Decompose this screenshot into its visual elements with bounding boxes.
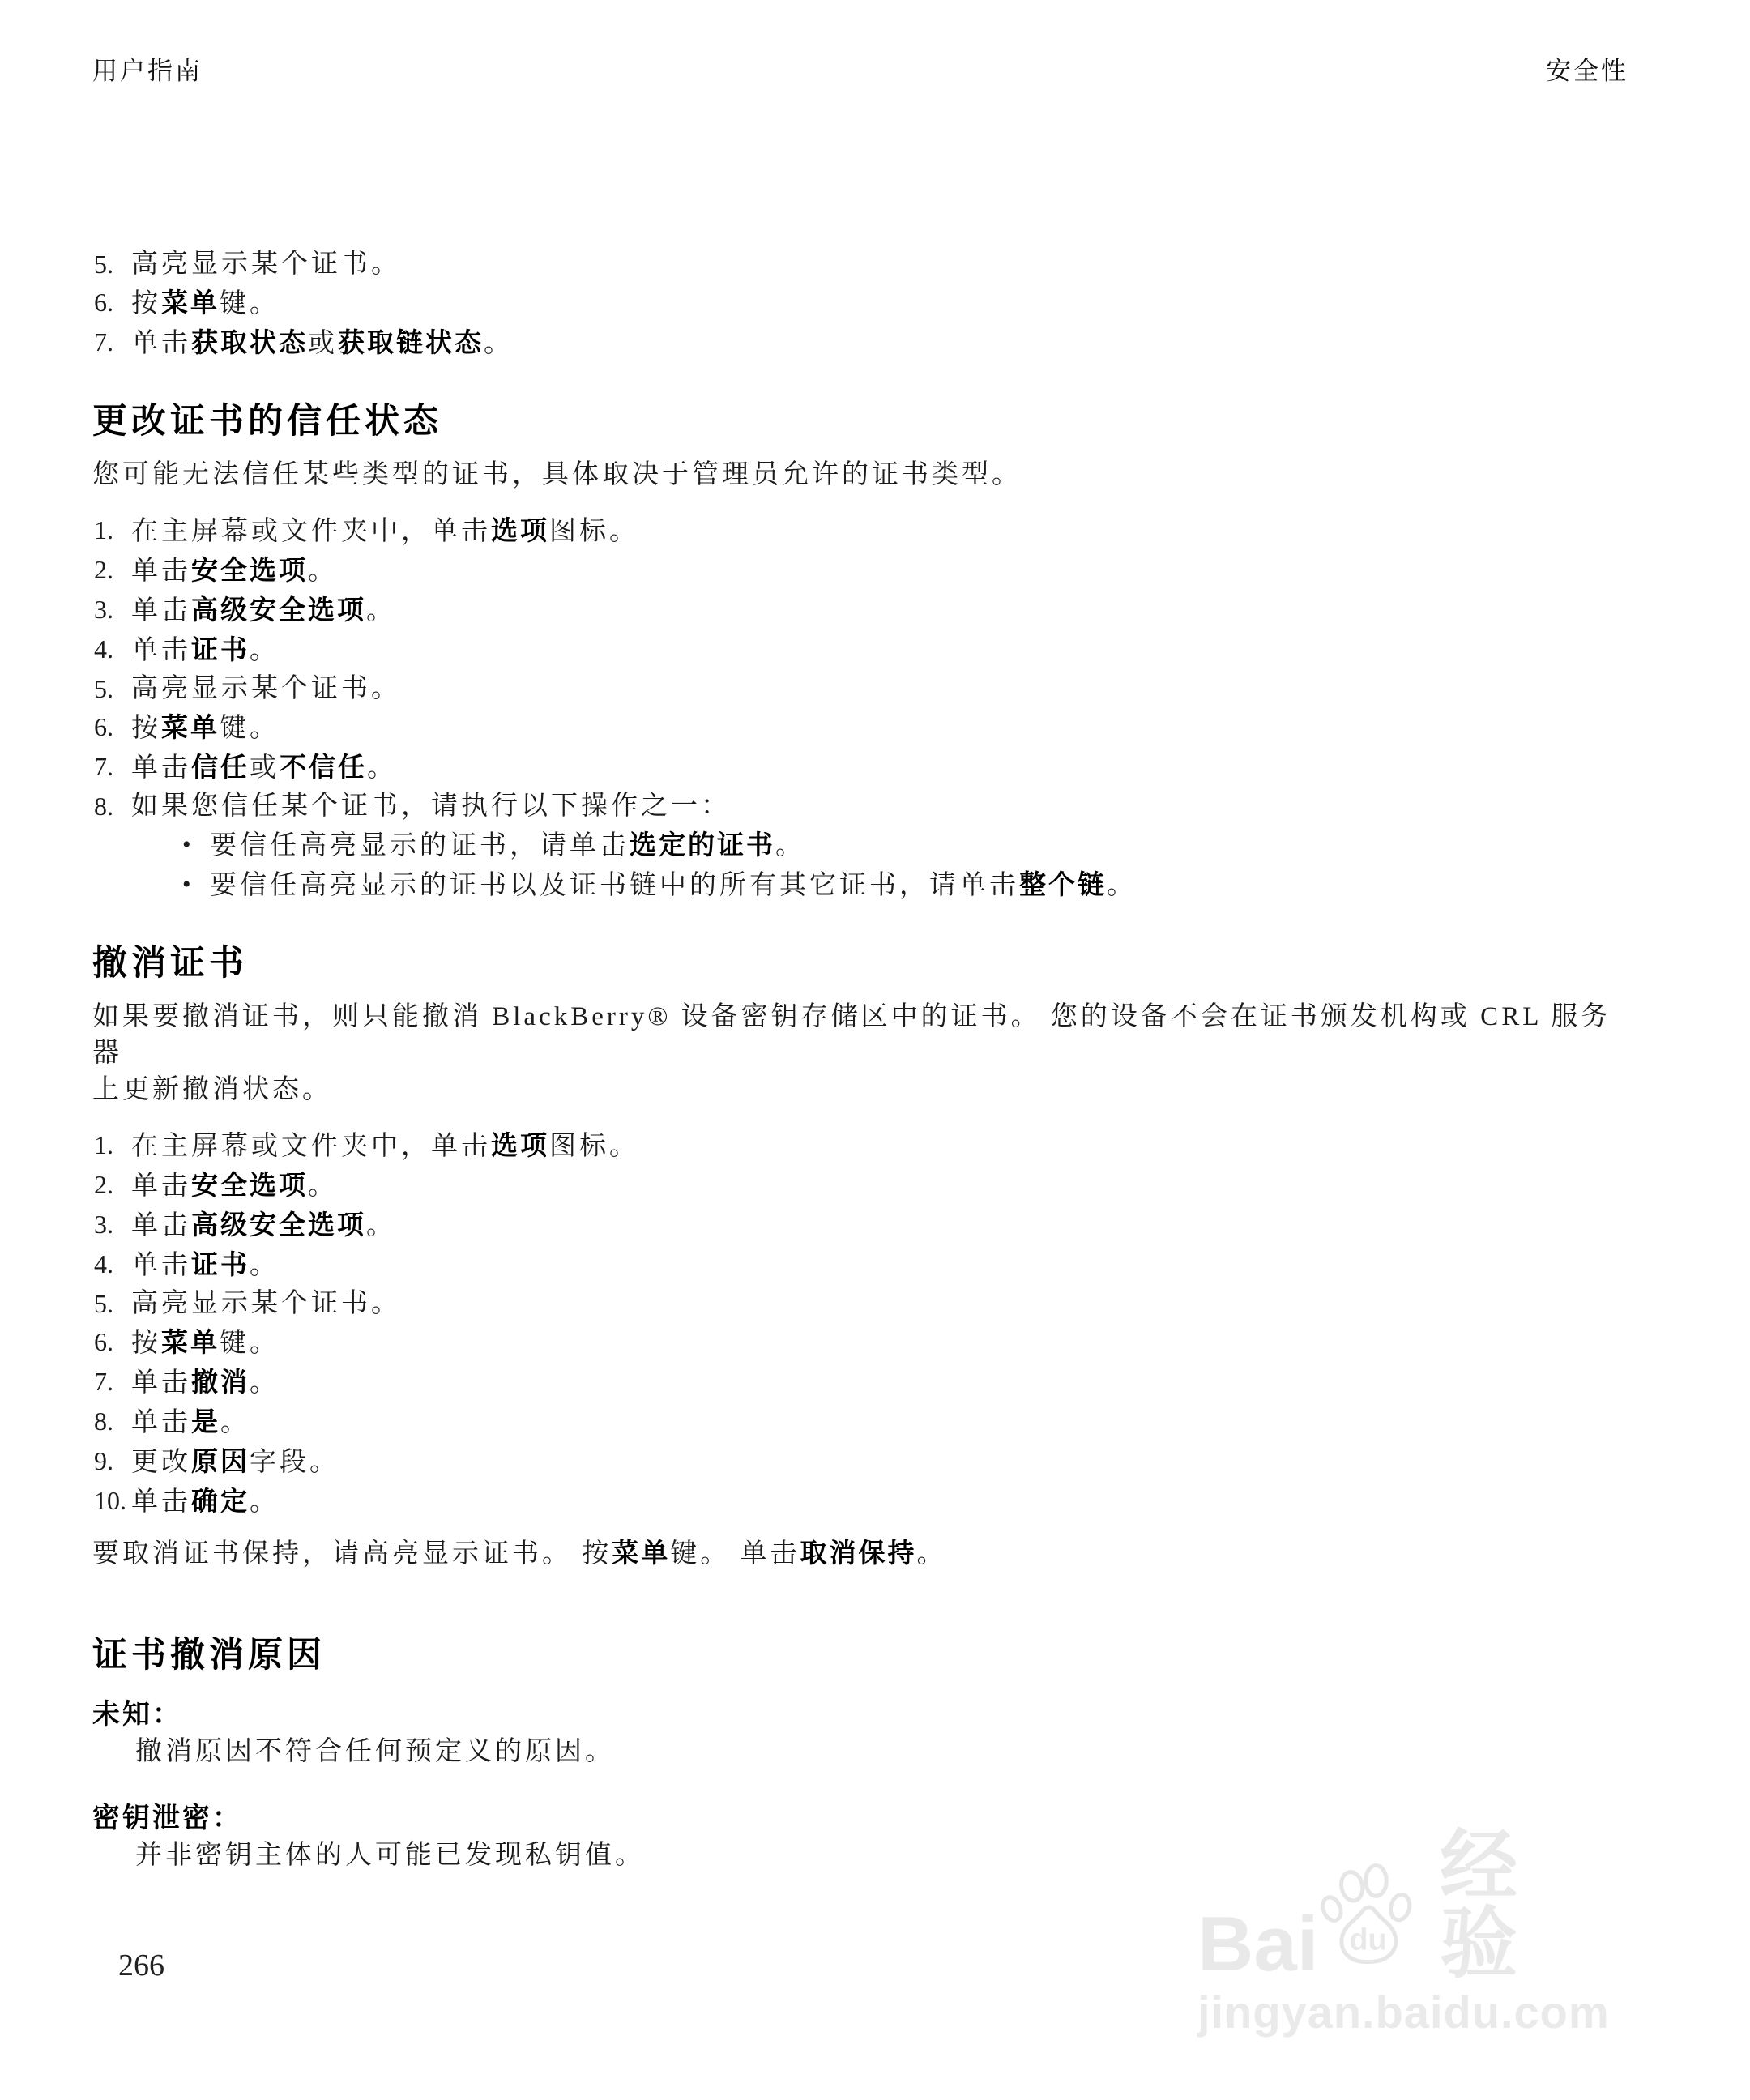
text-run: 。 <box>308 1172 338 1201</box>
list-number: 7. <box>94 323 131 361</box>
list-item-text: 高亮显示某个证书。 <box>131 1285 401 1323</box>
text-run: 单击 <box>131 636 191 665</box>
bold-text: 获取状态 <box>191 327 308 357</box>
list-item-text: 按菜单键。 <box>131 1323 280 1363</box>
text-run: 。 <box>220 1408 250 1437</box>
list-item-text: 按菜单键。 <box>131 708 280 748</box>
baidu-paw-icon: du <box>1320 1847 1416 1987</box>
list-number: 2. <box>94 551 131 589</box>
text-run: 或 <box>250 753 280 783</box>
text-run: 键。 <box>220 1329 280 1358</box>
text-run: 。 <box>1107 871 1137 900</box>
text-run: 单击 <box>131 753 191 783</box>
list-item-text: 单击安全选项。 <box>131 551 338 591</box>
document-body: 5.高亮显示某个证书。6.按菜单键。7.单击获取状态或获取链状态。更改证书的信任… <box>92 245 1628 1874</box>
text-run: 您可能无法信任某些类型的证书，具体取决于管理员允许的证书类型。 <box>92 460 1022 489</box>
list-subitem-text: 要信任高亮显示的证书以及证书链中的所有其它证书，请单击整个链。 <box>210 865 1137 905</box>
text-run: 。 <box>367 753 397 783</box>
list-item: 7.单击撤消。 <box>94 1363 1628 1402</box>
text-run: 按 <box>131 714 161 743</box>
text-run: 在主屏幕或文件夹中，单击 <box>131 517 491 546</box>
bold-text: 菜单 <box>161 1327 220 1357</box>
list-item-text: 按菜单键。 <box>131 284 280 323</box>
list-number: 8. <box>94 1402 131 1441</box>
bold-text: 选项 <box>491 1130 549 1160</box>
list-item-text: 高亮显示某个证书。 <box>131 670 401 708</box>
bold-text: 菜单 <box>612 1538 670 1568</box>
text-run: 。 <box>366 596 396 625</box>
header-left-title: 用户指南 <box>92 50 203 87</box>
bold-text: 信任 <box>191 752 250 782</box>
text-run: 在主屏幕或文件夹中，单击 <box>131 1132 491 1161</box>
list-number: 7. <box>94 1363 131 1401</box>
list-number: 6. <box>94 1323 131 1361</box>
list-number: 6. <box>94 708 131 746</box>
list-number: 3. <box>94 1206 131 1244</box>
list-item-text: 单击是。 <box>131 1402 250 1442</box>
watermark-brand-du: du <box>1350 1923 1387 1957</box>
bold-text: 菜单 <box>161 712 220 742</box>
list-item: 1.在主屏幕或文件夹中，单击选项图标。 <box>94 511 1628 551</box>
list-number: 5. <box>94 245 131 284</box>
list-item: 10.单击确定。 <box>94 1482 1628 1522</box>
watermark-url: jingyan.baidu.com <box>1197 1987 1538 2038</box>
text-run: 。 <box>250 1487 280 1517</box>
text-run: 单击 <box>131 1487 191 1517</box>
list-item-text: 如果您信任某个证书，请执行以下操作之一： <box>131 787 731 826</box>
text-run: 字段。 <box>250 1448 339 1477</box>
bold-text: 高级安全选项 <box>191 595 366 625</box>
text-run: 单击 <box>131 1408 191 1437</box>
list-item: 5.高亮显示某个证书。 <box>94 245 1628 284</box>
text-run: 单击 <box>131 329 191 358</box>
section-heading: 更改证书的信任状态 <box>92 399 1628 444</box>
list-number: 1. <box>94 511 131 549</box>
text-run: 要信任高亮显示的证书，请单击 <box>210 831 630 860</box>
list-subitem: •要信任高亮显示的证书，请单击选定的证书。 <box>94 826 1628 865</box>
list-number: 1. <box>94 1126 131 1164</box>
text-run: 或 <box>308 329 338 358</box>
text-run: 。 <box>308 557 338 586</box>
text-run: 单击 <box>131 1211 191 1240</box>
text-run: 。 <box>250 1251 280 1280</box>
ordered-list: 5.高亮显示某个证书。6.按菜单键。7.单击获取状态或获取链状态。 <box>94 245 1628 363</box>
text-run: 上更新撤消状态。 <box>92 1075 332 1104</box>
ordered-list: 1.在主屏幕或文件夹中，单击选项图标。2.单击安全选项。3.单击高级安全选项。4… <box>94 1126 1628 1522</box>
bullet-icon: • <box>182 826 210 864</box>
ordered-list: 1.在主屏幕或文件夹中，单击选项图标。2.单击安全选项。3.单击高级安全选项。4… <box>94 511 1628 905</box>
bold-text: 取消保持 <box>800 1538 917 1568</box>
watermark-logo-row: Bai du 经验 <box>1197 1828 1538 1983</box>
list-number: 9. <box>94 1442 131 1480</box>
list-item: 6.按菜单键。 <box>94 1323 1628 1363</box>
list-number: 3. <box>94 591 131 629</box>
text-run: 。 <box>484 329 514 358</box>
text-run: 单击 <box>131 1368 191 1398</box>
bold-text: 整个链 <box>1019 869 1107 899</box>
bold-text: 原因 <box>191 1446 250 1476</box>
list-number: 5. <box>94 1285 131 1323</box>
list-number: 7. <box>94 748 131 786</box>
text-run: 要取消证书保持，请高亮显示证书。 按 <box>92 1539 612 1569</box>
text-run: 高亮显示某个证书。 <box>131 250 401 279</box>
bold-text: 不信任 <box>280 752 367 782</box>
list-number: 6. <box>94 284 131 322</box>
list-item: 7.单击信任或不信任。 <box>94 748 1628 787</box>
text-run: 要信任高亮显示的证书以及证书链中的所有其它证书，请单击 <box>210 871 1019 900</box>
list-item: 3.单击高级安全选项。 <box>94 591 1628 630</box>
text-run: 键。 <box>220 289 280 318</box>
bold-text: 是 <box>191 1406 220 1436</box>
list-item: 3.单击高级安全选项。 <box>94 1206 1628 1245</box>
list-number: 5. <box>94 670 131 708</box>
list-number: 8. <box>94 787 131 826</box>
page-header: 用户指南 安全性 <box>92 0 1628 87</box>
text-run: 。 <box>366 1211 396 1240</box>
bold-text: 确定 <box>191 1486 250 1516</box>
list-item-text: 单击撤消。 <box>131 1363 280 1402</box>
definition-term: 未知： <box>92 1696 1628 1733</box>
text-run: 图标。 <box>549 517 639 546</box>
list-item: 2.单击安全选项。 <box>94 551 1628 591</box>
bold-text: 获取链状态 <box>338 327 484 357</box>
list-item-text: 在主屏幕或文件夹中，单击选项图标。 <box>131 1126 639 1166</box>
header-right-title: 安全性 <box>1546 50 1628 87</box>
text-run: 键。 <box>220 714 280 743</box>
list-number: 10. <box>94 1482 131 1520</box>
list-item: 7.单击获取状态或获取链状态。 <box>94 323 1628 363</box>
list-item-text: 高亮显示某个证书。 <box>131 245 401 284</box>
list-item: 8.单击是。 <box>94 1402 1628 1442</box>
list-item-text: 更改原因字段。 <box>131 1442 339 1482</box>
text-run: 单击 <box>131 1251 191 1280</box>
text-run: 单击 <box>131 596 191 625</box>
text-run: 。 <box>917 1539 947 1569</box>
list-subitem-text: 要信任高亮显示的证书，请单击选定的证书。 <box>210 826 805 865</box>
text-run: 如果您信任某个证书，请执行以下操作之一： <box>131 792 731 821</box>
list-item-text: 单击证书。 <box>131 630 280 670</box>
baidu-jingyan-watermark: Bai du 经验 jingyan.baidu.com <box>1197 1828 1538 2038</box>
list-item: 4.单击证书。 <box>94 630 1628 670</box>
list-item: 5.高亮显示某个证书。 <box>94 670 1628 708</box>
list-item-text: 在主屏幕或文件夹中，单击选项图标。 <box>131 511 639 551</box>
bullet-icon: • <box>182 865 210 903</box>
bold-text: 选项 <box>491 515 549 545</box>
section-heading: 证书撤消原因 <box>92 1633 1628 1678</box>
bold-text: 证书 <box>191 634 250 664</box>
text-run: 单击 <box>131 557 191 586</box>
watermark-brand-bai: Bai <box>1197 1906 1318 1983</box>
list-item-text: 单击安全选项。 <box>131 1166 338 1206</box>
text-run: 键。 单击 <box>670 1539 800 1569</box>
watermark-brand-jingyan: 经验 <box>1423 1828 1538 1983</box>
text-run: 高亮显示某个证书。 <box>131 1289 401 1318</box>
paragraph: 如果要撤消证书，则只能撤消 BlackBerry® 设备密钥存储区中的证书。 您… <box>92 999 1628 1108</box>
text-run: 。 <box>775 831 805 860</box>
text-run: 更改 <box>131 1448 191 1477</box>
text-run: 按 <box>131 289 161 318</box>
paragraph: 要取消证书保持，请高亮显示证书。 按菜单键。 单击取消保持。 <box>92 1534 1628 1573</box>
list-item-text: 单击获取状态或获取链状态。 <box>131 323 514 363</box>
text-run: 单击 <box>131 1172 191 1201</box>
bold-text: 菜单 <box>161 288 220 318</box>
list-item-text: 单击确定。 <box>131 1482 280 1522</box>
text-run: 。 <box>250 1368 280 1398</box>
paragraph: 您可能无法信任某些类型的证书，具体取决于管理员允许的证书类型。 <box>92 457 1628 493</box>
document-page: 用户指南 安全性 5.高亮显示某个证书。6.按菜单键。7.单击获取状态或获取链状… <box>0 0 1750 1874</box>
list-item: 6.按菜单键。 <box>94 708 1628 748</box>
list-item-text: 单击高级安全选项。 <box>131 1206 396 1245</box>
definition-description: 撤消原因不符合任何预定义的原因。 <box>92 1733 1628 1770</box>
text-run: 。 <box>250 636 280 665</box>
list-item: 4.单击证书。 <box>94 1245 1628 1285</box>
bold-text: 安全选项 <box>191 1170 308 1200</box>
list-item: 5.高亮显示某个证书。 <box>94 1285 1628 1323</box>
list-number: 4. <box>94 630 131 668</box>
list-item: 1.在主屏幕或文件夹中，单击选项图标。 <box>94 1126 1628 1166</box>
text-run: 按 <box>131 1329 161 1358</box>
bold-text: 高级安全选项 <box>191 1210 366 1240</box>
list-number: 4. <box>94 1245 131 1283</box>
page-number: 266 <box>118 1948 164 1983</box>
text-run: 如果要撤消证书，则只能撤消 BlackBerry® 设备密钥存储区中的证书。 您… <box>92 1002 1611 1068</box>
text-run: 图标。 <box>549 1132 639 1161</box>
text-run: 高亮显示某个证书。 <box>131 674 401 703</box>
list-item: 8.如果您信任某个证书，请执行以下操作之一： <box>94 787 1628 826</box>
list-number: 2. <box>94 1166 131 1204</box>
list-subitem: •要信任高亮显示的证书以及证书链中的所有其它证书，请单击整个链。 <box>94 865 1628 905</box>
bold-text: 证书 <box>191 1249 250 1279</box>
list-item: 6.按菜单键。 <box>94 284 1628 323</box>
list-item-text: 单击高级安全选项。 <box>131 591 396 630</box>
bold-text: 选定的证书 <box>630 830 775 860</box>
bold-text: 撤消 <box>191 1367 250 1397</box>
list-item-text: 单击证书。 <box>131 1245 280 1285</box>
list-item: 2.单击安全选项。 <box>94 1166 1628 1206</box>
bold-text: 安全选项 <box>191 555 308 585</box>
section-heading: 撤消证书 <box>92 941 1628 986</box>
list-item-text: 单击信任或不信任。 <box>131 748 397 787</box>
list-item: 9.更改原因字段。 <box>94 1442 1628 1482</box>
